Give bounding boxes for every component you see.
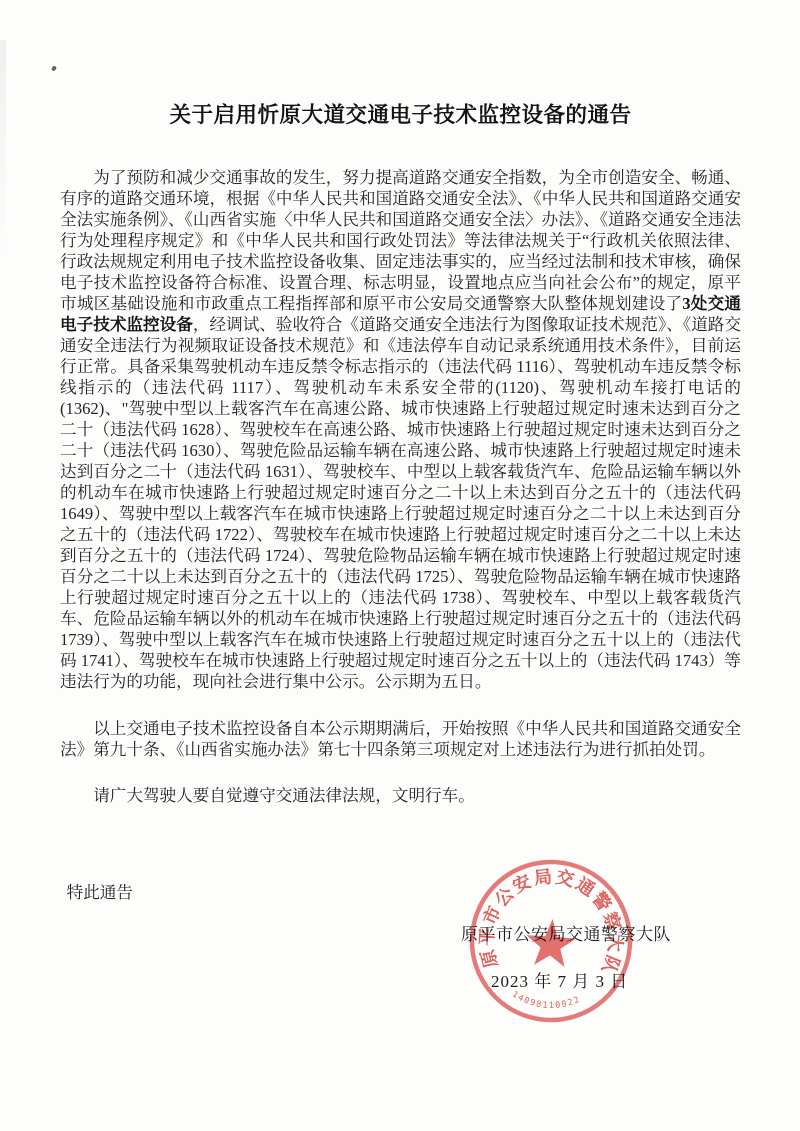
seal-serial-number: 14098110022 [509, 989, 583, 1013]
seal-serial-textpath: 14098110022 [509, 989, 583, 1013]
paragraph-1: 为了预防和减少交通事故的发生，努力提高道路交通安全指数，为全市创造安全、畅通、有… [60, 167, 741, 692]
signature-agency: 原平市公安局交通警察大队 [461, 920, 671, 945]
paragraph-3: 请广大驾驶人要自觉遵守交通法律法规，文明行车。 [60, 785, 741, 806]
closing-phrase: 特此通告 [60, 882, 741, 903]
scan-edge-smudge [0, 40, 6, 260]
scan-speck [51, 65, 57, 71]
paragraph-1-rest: ，经调试、验收符合《道路交通安全违法行为图像取证技术规范》、《道路交通安全违法行… [60, 315, 741, 691]
notice-content: 关于启用忻原大道交通电子技术监控设备的通告 为了预防和减少交通事故的发生，努力提… [60, 0, 741, 903]
document-title: 关于启用忻原大道交通电子技术监控设备的通告 [60, 101, 741, 130]
paragraph-2: 以上交通电子技术监控设备自本公示期期满后，开始按照《中华人民共和国道路交通安全法… [60, 718, 741, 760]
paragraph-1-lead: 为了预防和减少交通事故的发生，努力提高道路交通安全指数，为全市创造安全、畅通、有… [60, 168, 741, 313]
signature-date: 2023 年 7 月 3 日 [491, 967, 628, 992]
notice-page: 关于启用忻原大道交通电子技术监控设备的通告 为了预防和减少交通事故的发生，努力提… [0, 0, 800, 1131]
